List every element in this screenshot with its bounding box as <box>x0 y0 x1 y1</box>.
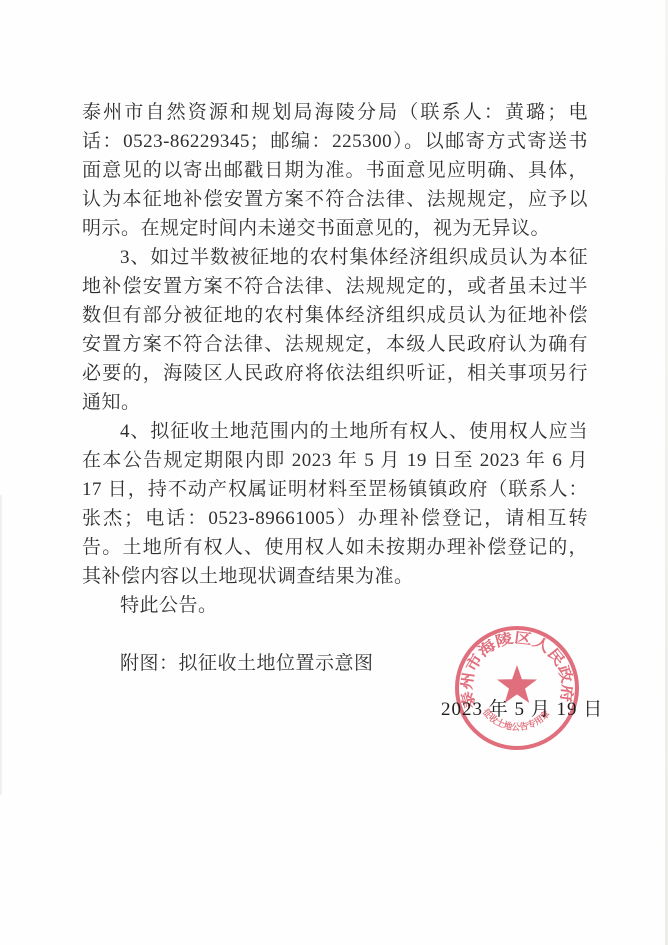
paragraph-item-4: 4、拟征收土地范围内的土地所有权人、使用权人应当在本公告规定期限内即 2023 … <box>82 417 588 591</box>
closing-line: 特此公告。 <box>82 591 588 620</box>
official-seal: 泰州市海陵区人民政府 征收土地公告专用章 <box>452 623 582 753</box>
paragraph-contact-info: 泰州市自然资源和规划局海陵分局（联系人：黄璐；电话：0523-86229345；… <box>82 98 588 243</box>
issue-date: 2023 年 5 月 19 日 <box>441 694 603 721</box>
scan-edge-artifact-left <box>0 495 2 795</box>
document-page: 泰州市自然资源和规划局海陵分局（联系人：黄璐；电话：0523-86229345；… <box>0 0 668 945</box>
paragraph-item-3: 3、如过半数被征地的农村集体经济组织成员认为本征地补偿安置方案不符合法律、法规规… <box>82 243 588 417</box>
body-text: 泰州市自然资源和规划局海陵分局（联系人：黄璐；电话：0523-86229345；… <box>82 98 588 678</box>
